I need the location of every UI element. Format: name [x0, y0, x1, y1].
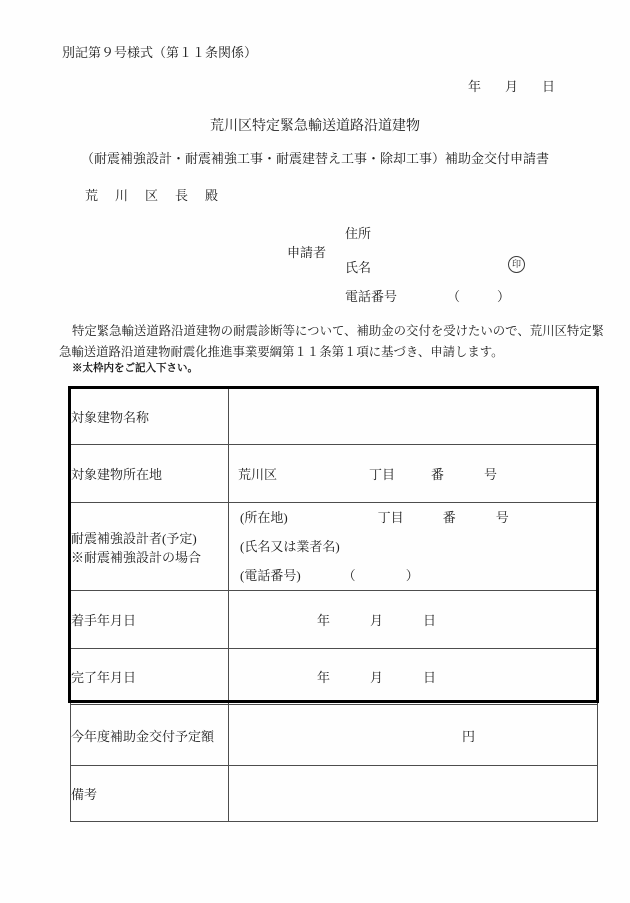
ban-label: 番 [431, 464, 444, 483]
yen-unit-label: 円 [462, 726, 475, 745]
remarks-label: 備考 [71, 766, 229, 822]
subsidy-amount-label: 今年度補助金交付予定額 [71, 705, 229, 766]
designer-label-line1: 耐震補強設計者(予定) [71, 528, 228, 547]
phone-paren-open: （ [447, 290, 460, 304]
designer-ban-label: 番 [443, 504, 456, 532]
start-month-label: 月 [370, 610, 383, 629]
designer-chome-label: 丁目 [378, 504, 404, 532]
designer-phone-line: (電話番号)（） [229, 561, 597, 590]
completion-day-label: 日 [423, 667, 436, 686]
body-paragraph-line2: 急輸送道路沿道建物耐震化推進事業要綱第１１条第１項に基づき、申請します。 [59, 345, 504, 359]
start-date-label: 着手年月日 [71, 591, 229, 649]
table-row: 今年度補助金交付予定額 円 [71, 705, 598, 766]
chome-label: 丁目 [369, 464, 395, 483]
bold-frame-note: ※太枠内をご記入下さい。 [72, 363, 198, 375]
document-title-line2: （耐震補強設計・耐震補強工事・耐震建替え工事・除却工事）補助金交付申請書 [0, 152, 630, 166]
addressee: 荒 川 区 長 殿 [85, 189, 220, 203]
completion-month-label: 月 [370, 667, 383, 686]
start-day-label: 日 [423, 610, 436, 629]
application-table: 対象建物名称 対象建物所在地 荒川区丁目番号 耐震補強設計者(予定) ※耐震補強… [70, 388, 597, 822]
date-year-label: 年 [468, 80, 481, 94]
remarks-entry-area [229, 766, 598, 822]
applicant-address-label: 住所 [345, 227, 371, 241]
building-name-label: 対象建物名称 [71, 389, 229, 445]
table-row: 完了年月日 年月日 [71, 649, 598, 705]
applicant-label: 申請者 [287, 246, 326, 260]
designer-phone-paren-open: （ [343, 562, 356, 590]
ward-label: 荒川区 [238, 464, 277, 483]
designer-phone-prefix: (電話番号) [240, 562, 301, 590]
designer-location-line: (所在地)丁目番号 [229, 503, 597, 532]
table-row: 耐震補強設計者(予定) ※耐震補強設計の場合 (所在地)丁目番号 (氏名又は業者… [71, 503, 598, 591]
building-location-label: 対象建物所在地 [71, 445, 229, 503]
form-number: 別記第９号様式（第１１条関係） [62, 46, 257, 60]
designer-name-line: (氏名又は業者名) [229, 532, 597, 561]
completion-year-label: 年 [317, 667, 330, 686]
document-title-line1: 荒川区特定緊急輸送道路沿道建物 [0, 119, 630, 134]
body-paragraph-line1: 特定緊急輸送道路沿道建物の耐震診断等について、補助金の交付を受けたいので、荒川区… [59, 324, 604, 338]
designer-label-line2: ※耐震補強設計の場合 [71, 547, 228, 566]
subsidy-amount-entry-area: 円 [229, 705, 598, 766]
building-location-entry-area: 荒川区丁目番号 [229, 445, 598, 503]
designer-name-prefix: (氏名又は業者名) [240, 533, 340, 561]
applicant-name-label: 氏名 [345, 261, 371, 275]
applicant-phone-label: 電話番号 [345, 290, 397, 304]
building-name-entry-area [229, 389, 598, 445]
designer-label: 耐震補強設計者(予定) ※耐震補強設計の場合 [71, 503, 229, 591]
application-form-document: 別記第９号様式（第１１条関係） 年月日 荒川区特定緊急輸送道路沿道建物 （耐震補… [0, 0, 630, 903]
seal-icon: 印 [508, 256, 525, 273]
start-date-entry-area: 年月日 [229, 591, 598, 649]
table-row: 対象建物名称 [71, 389, 598, 445]
table-row: 対象建物所在地 荒川区丁目番号 [71, 445, 598, 503]
go-label: 号 [484, 464, 497, 483]
designer-entry-area: (所在地)丁目番号 (氏名又は業者名) (電話番号)（） [229, 503, 598, 591]
designer-phone-paren-close: ） [406, 562, 419, 590]
date-line: 年月日 [468, 80, 555, 94]
designer-location-prefix: (所在地) [240, 504, 288, 532]
start-year-label: 年 [317, 610, 330, 629]
designer-go-label: 号 [496, 504, 509, 532]
completion-date-entry-area: 年月日 [229, 649, 598, 705]
completion-date-label: 完了年月日 [71, 649, 229, 705]
application-table-grid: 対象建物名称 対象建物所在地 荒川区丁目番号 耐震補強設計者(予定) ※耐震補強… [70, 388, 598, 822]
date-month-label: 月 [505, 80, 518, 94]
table-row: 着手年月日 年月日 [71, 591, 598, 649]
table-row: 備考 [71, 766, 598, 822]
phone-paren-close: ） [497, 290, 510, 304]
date-day-label: 日 [542, 80, 555, 94]
